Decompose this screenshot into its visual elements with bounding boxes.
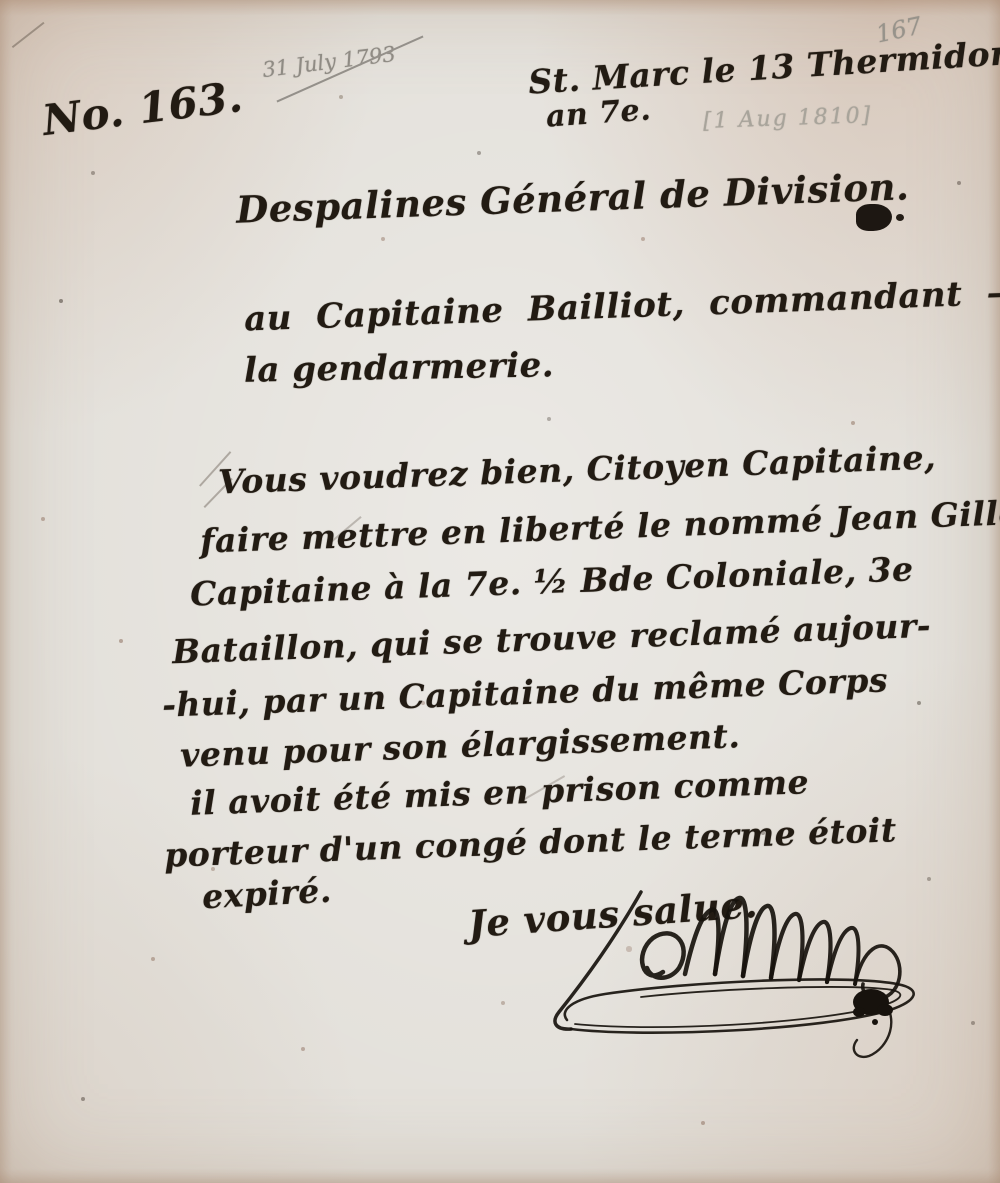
dateline-place: St. Marc le 13 Thermidor <box>527 33 1000 101</box>
sender-line: Despalines Général de Division. <box>235 164 910 231</box>
archivist-date-pencil: [1 Aug 1810] <box>703 103 873 134</box>
ink-blot <box>856 204 892 231</box>
paper-speckles <box>0 0 2 2</box>
body-line: Vous voudrez bien, Citoyen Capitaine, <box>218 437 937 501</box>
recipient-line-1: au Capitaine Bailliot, commandant — <box>244 272 1000 339</box>
ink-blot-small <box>896 214 904 221</box>
registry-number: No. 163. <box>40 72 246 145</box>
signature-flourish <box>545 890 975 1065</box>
body-line: il avoit été mis en prison comme <box>190 762 810 823</box>
body-line: -hui, par un Capitaine du même Corps <box>162 660 889 724</box>
letter-page: 167 31 July 1793 No. 163. St. Marc le 13… <box>0 0 1000 1183</box>
scratch-mark <box>12 22 44 48</box>
body-line: venu pour son élargissement. <box>179 716 740 775</box>
dateline-year: an 7e. <box>545 92 652 134</box>
body-line: Capitaine à la 7e. ½ Bde Coloniale, 3e <box>190 549 915 613</box>
body-line: Bataillon, qui se trouve reclamé aujour- <box>172 606 932 671</box>
body-line: porteur d'un congé dont le terme étoit <box>164 810 898 875</box>
recipient-line-2: la gendarmerie. <box>244 345 555 390</box>
body-line: expiré. <box>201 871 333 917</box>
